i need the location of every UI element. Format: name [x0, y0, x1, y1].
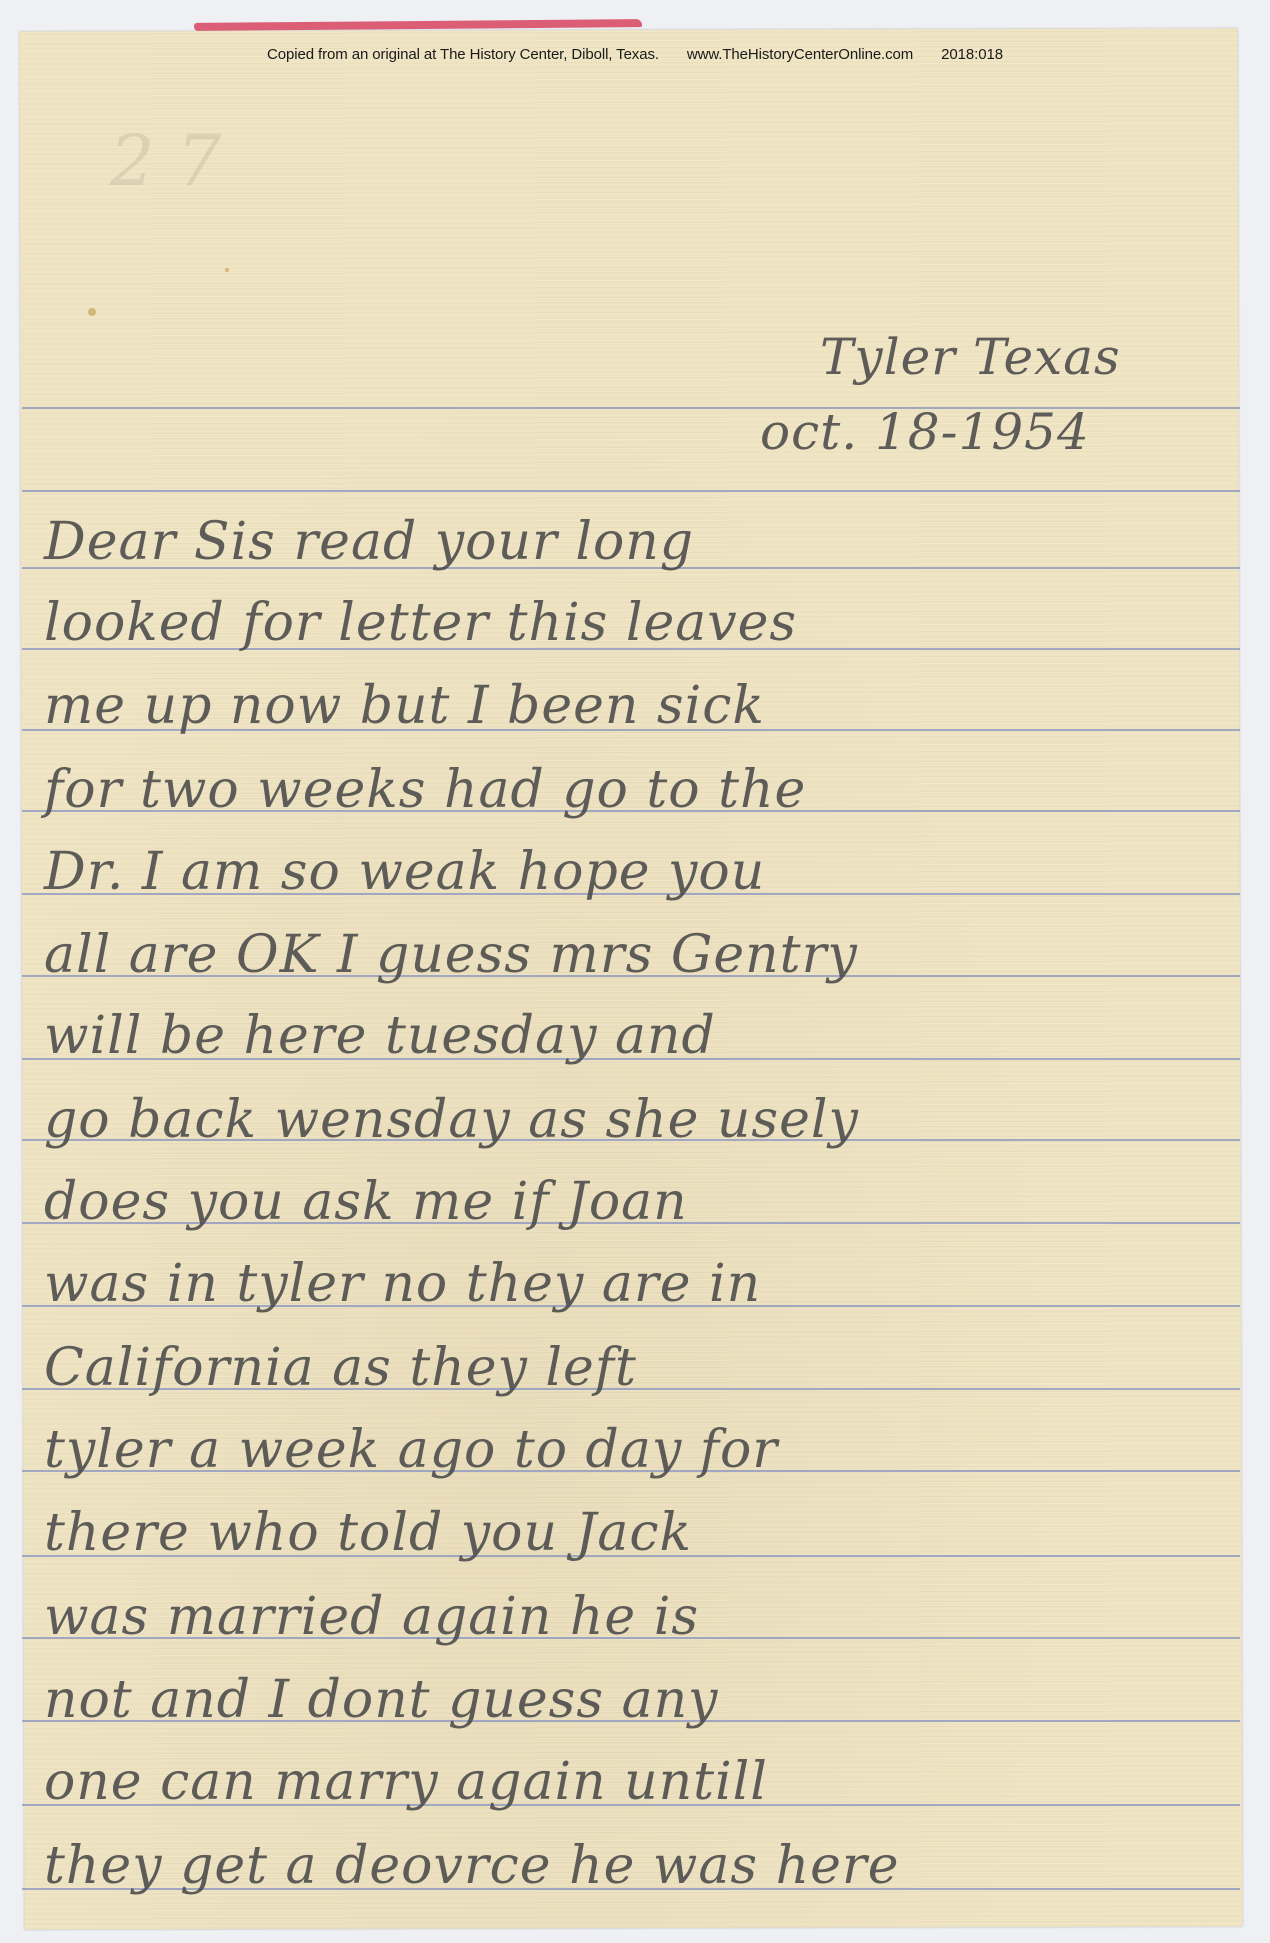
- letter-line: Dr. I am so weak hope you: [44, 842, 1224, 902]
- letter-line: will be here tuesday and: [44, 1006, 1224, 1066]
- copy-notice: Copied from an original at The History C…: [267, 46, 659, 63]
- ruled-line: [22, 490, 1240, 492]
- faint-erased-pencil-mark: 2 7: [110, 120, 221, 202]
- letter-line: all are OK I guess mrs Gentry: [44, 925, 1224, 985]
- paper-stain: [225, 268, 229, 272]
- letter-date: oct. 18-1954: [760, 403, 1090, 461]
- letter-line: not and I dont guess any: [44, 1670, 1224, 1730]
- archive-header: Copied from an original at The History C…: [0, 46, 1270, 63]
- paper-stain: [88, 308, 96, 316]
- letter-line: there who told you Jack: [44, 1503, 1224, 1563]
- letter-line: one can marry again untill: [44, 1752, 1224, 1812]
- letter-line: was married again he is: [44, 1587, 1224, 1647]
- letter-line: Dear Sis read your long: [44, 512, 1224, 572]
- letter-line: was in tyler no they are in: [44, 1254, 1224, 1314]
- letter-place: Tyler Texas: [820, 328, 1121, 386]
- letter-line: go back wensday as she usely: [44, 1090, 1224, 1150]
- letter-line: does you ask me if Joan: [44, 1172, 1224, 1232]
- catalog-number: 2018:018: [941, 46, 1003, 63]
- archive-website-link[interactable]: www.TheHistoryCenterOnline.com: [687, 46, 913, 63]
- letter-line: for two weeks had go to the: [44, 760, 1224, 820]
- letter-line: they get a deovrce he was here: [44, 1836, 1224, 1896]
- letter-line: tyler a week ago to day for: [44, 1420, 1224, 1480]
- letter-line: looked for letter this leaves: [44, 593, 1224, 653]
- letter-line: me up now but I been sick: [44, 676, 1224, 736]
- scanned-letter-page: Copied from an original at The History C…: [0, 0, 1270, 1943]
- letter-line: California as they left: [44, 1338, 1224, 1398]
